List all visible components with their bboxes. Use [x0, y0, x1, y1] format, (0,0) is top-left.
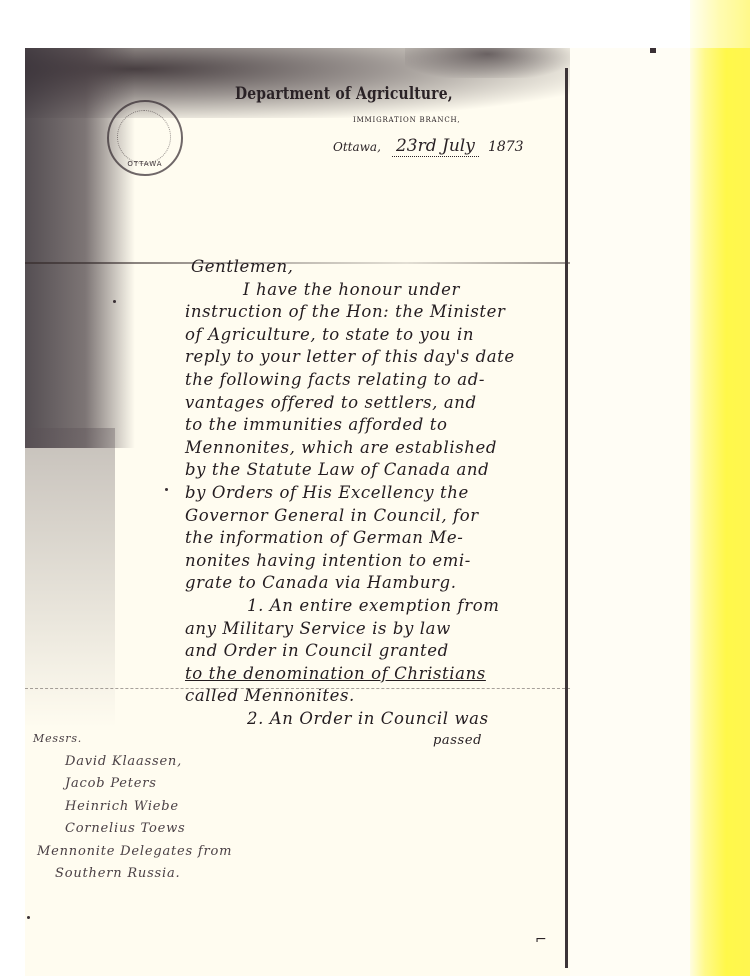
- dateline-date: 23rd July: [392, 136, 479, 157]
- scan-smudge-left-lower: [25, 428, 115, 728]
- scan-corner-mark: [650, 48, 656, 53]
- body-line: grate to Canada via Hamburg.: [185, 572, 565, 595]
- point-1-line: any Military Service is by law: [185, 618, 565, 641]
- body-line: Mennonites, which are established: [185, 437, 565, 460]
- body-line: I have the honour under: [185, 279, 565, 302]
- point-1-line: and Order in Council granted: [185, 640, 565, 663]
- point-1-line: to the denomination of Christians: [185, 663, 565, 686]
- addressee-role: Mennonite Delegates from: [33, 841, 232, 864]
- dateline-year: 1873: [488, 139, 524, 155]
- point-1-line: 1. An entire exemption from: [185, 595, 565, 618]
- body-line: to the immunities afforded to: [185, 414, 565, 437]
- point-1-line: called Mennonites.: [185, 685, 565, 708]
- body-line: vantages offered to settlers, and: [185, 392, 565, 415]
- addressee-name: Cornelius Toews: [33, 818, 232, 841]
- dateline-place: Ottawa,: [333, 140, 381, 154]
- body-line: reply to your letter of this day's date: [185, 346, 565, 369]
- addressee-block: Messrs. David Klaassen, Jacob Peters Hei…: [33, 728, 232, 886]
- salutation: Gentlemen,: [191, 256, 565, 279]
- body-line: by Orders of His Excellency the: [185, 482, 565, 505]
- body-line: by the Statute Law of Canada and: [185, 459, 565, 482]
- letter-page: OTTAWA Department of Agriculture, IMMIGR…: [25, 48, 570, 976]
- letterhead-title: Department of Agriculture,: [235, 84, 453, 104]
- page-turn-mark: ⌐: [535, 932, 547, 948]
- scanned-letter: OTTAWA Department of Agriculture, IMMIGR…: [25, 48, 690, 976]
- body-line: nonites having intention to emi-: [185, 550, 565, 573]
- letterhead-branch: IMMIGRATION BRANCH,: [353, 116, 460, 124]
- body-line: instruction of the Hon: the Minister: [185, 301, 565, 324]
- ink-speck: [113, 300, 116, 303]
- addressee-salutation: Messrs.: [33, 728, 232, 751]
- addressee-name: Heinrich Wiebe: [33, 796, 232, 819]
- ink-speck: [27, 916, 30, 919]
- scan-smudge-left: [25, 48, 135, 448]
- seal-inner-ring: [117, 110, 171, 164]
- scan-smudge-top-right: [405, 48, 570, 78]
- body-line: Governor General in Council, for: [185, 505, 565, 528]
- ink-speck: [165, 488, 168, 491]
- body-line: the information of German Me-: [185, 527, 565, 550]
- official-seal-stamp: OTTAWA: [107, 100, 183, 176]
- catchword-continuation: passed: [185, 730, 565, 753]
- addressee-origin: Southern Russia.: [33, 863, 232, 886]
- addressee-name: David Klaassen,: [33, 751, 232, 774]
- dateline: Ottawa, 23rd July 1873: [333, 136, 524, 156]
- yellow-scan-border: [690, 0, 750, 976]
- body-line: the following facts relating to ad-: [185, 369, 565, 392]
- point-2-line: 2. An Order in Council was: [185, 708, 565, 731]
- addressee-name: Jacob Peters: [33, 773, 232, 796]
- yellow-scan-border-top: [690, 0, 750, 48]
- margin-rule: [565, 68, 568, 968]
- body-line: of Agriculture, to state to you in: [185, 324, 565, 347]
- letter-body: Gentlemen, I have the honour under instr…: [185, 256, 565, 753]
